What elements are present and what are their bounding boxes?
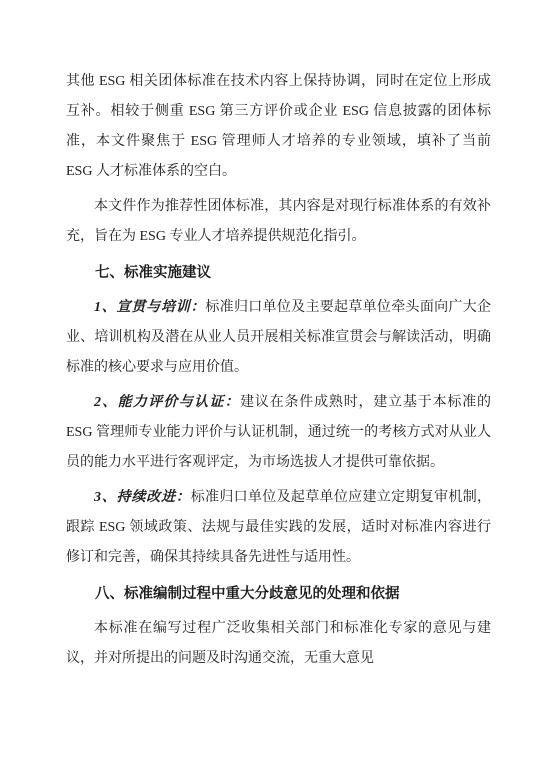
- section-heading-8-dispute-handling: 八、标准编制过程中重大分歧意见的处理和依据: [66, 579, 491, 609]
- list-item-2-lead: 2、能力评价与认证：: [94, 395, 240, 410]
- paragraph-dispute-handling: 本标准在编写过程广泛收集相关部门和标准化专家的意见与建议，并对所提出的问题及时沟…: [66, 614, 491, 674]
- section-heading-7-implementation-suggestions: 七、标准实施建议: [66, 258, 491, 288]
- document-page: 其他 ESG 相关团体标准在技术内容上保持协调，同时在定位上形成互补。相较于侧重…: [0, 0, 553, 781]
- list-item-1-lead: 1、宣贯与培训：: [94, 300, 205, 315]
- list-item-2-certification: 2、能力评价与认证：建议在条件成熟时，建立基于本标准的 ESG 管理师专业能力评…: [66, 388, 491, 478]
- list-item-3-improvement: 3、持续改进：标准归口单位及起草单位应建立定期复审机制，跟踪 ESG 领域政策、…: [66, 483, 491, 573]
- list-item-3-lead: 3、持续改进：: [94, 490, 191, 505]
- paragraph-continuation: 其他 ESG 相关团体标准在技术内容上保持协调，同时在定位上形成互补。相较于侧重…: [66, 67, 491, 187]
- paragraph-standard-nature: 本文件作为推荐性团体标准，其内容是对现行标准体系的有效补充，旨在为 ESG 专业…: [66, 192, 491, 252]
- list-item-1-training: 1、宣贯与培训：标准归口单位及主要起草单位牵头面向广大企业、培训机构及潜在从业人…: [66, 293, 491, 383]
